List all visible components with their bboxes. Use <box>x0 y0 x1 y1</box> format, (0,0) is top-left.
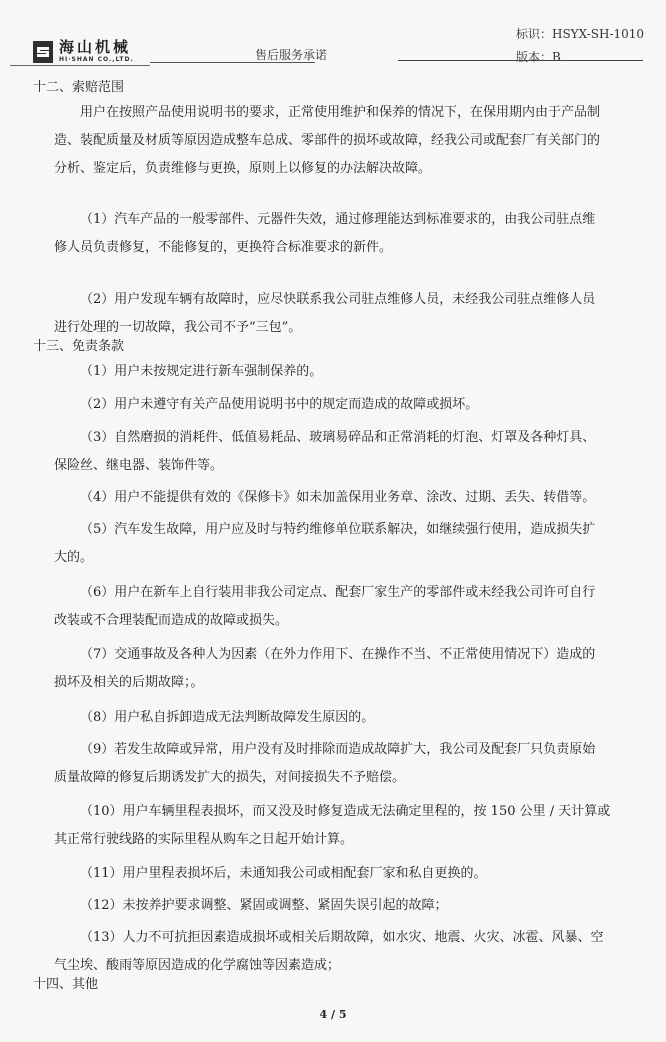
list-item: （4）用户不能提供有效的《保修卡》如未加盖保用业务章、涂改、过期、丢失、转借等。 <box>54 484 644 512</box>
list-item: （5）汽车发生故障，用户应及时与特约维修单位联系解决，如继续强行使用，造成损失扩… <box>54 516 644 572</box>
document-id: 标识：HSYX-SH-1010 <box>516 25 644 42</box>
section-heading: 十二、索赔范围 <box>33 76 124 95</box>
logo-mark-icon <box>33 41 53 63</box>
logo-chinese-name: 海山机械 <box>59 40 134 55</box>
list-item: （9）若发生故障或异常，用户没有及时排除而造成故障扩大，我公司及配套厂只负责原始… <box>54 736 644 792</box>
list-item: （11）用户里程表损坏后，未通知我公司或相配套厂家和私自更换的。 <box>54 860 644 888</box>
document-title: 售后服务承诺 <box>255 46 327 63</box>
header-divider <box>398 60 643 61</box>
list-item: （12）未按养护要求调整、紧固或调整、紧固失误引起的故障； <box>54 892 644 920</box>
list-item: （7）交通事故及各种人为因素（在外力作用下、在操作不当、不正常使用情况下）造成的… <box>54 641 644 697</box>
list-item: （3）自然磨损的消耗件、低值易耗品、玻璃易碎品和正常消耗的灯泡、灯罩及各种灯具、… <box>54 424 644 480</box>
paragraph: （2）用户发现车辆有故障时，应尽快联系我公司驻点维修人员，未经我公司驻点维修人员… <box>54 286 644 342</box>
logo-english-name: HI·SHAN CO.,LTD. <box>59 57 134 63</box>
header-divider <box>150 62 315 63</box>
paragraph: （1）汽车产品的一般零部件、元器件失效，通过修理能达到标准要求的，由我公司驻点维… <box>54 206 644 262</box>
header-divider <box>10 65 150 66</box>
list-item: （10）用户车辆里程表损坏，而又没及时修复造成无法确定里程的，按 150 公里 … <box>54 798 644 854</box>
section-heading: 十三、免责条款 <box>33 335 124 354</box>
page-header: 海山机械 HI·SHAN CO.,LTD. 售后服务承诺 标识：HSYX-SH-… <box>0 0 666 70</box>
list-item: （13）人力不可抗拒因素造成损坏或相关后期故障，如水灾、地震、火灾、冰雹、风暴、… <box>54 924 644 980</box>
list-item: （2）用户未遵守有关产品使用说明书中的规定而造成的故障或损坏。 <box>54 391 644 419</box>
list-item: （6）用户在新车上自行装用非我公司定点、配套厂家生产的零部件或未经我公司许可自行… <box>54 579 644 635</box>
paragraph: 用户在按照产品使用说明书的要求，正常使用维护和保养的情况下，在保用期内由于产品制… <box>54 99 644 183</box>
list-item: （8）用户私自拆卸造成无法判断故障发生原因的。 <box>54 704 644 732</box>
document-version: 版本：B <box>516 48 561 65</box>
page-number: 4 / 5 <box>0 1008 666 1021</box>
section-heading: 十四、其他 <box>33 973 98 992</box>
company-logo: 海山机械 HI·SHAN CO.,LTD. <box>33 40 134 63</box>
list-item: （1）用户未按规定进行新车强制保养的。 <box>54 358 644 386</box>
